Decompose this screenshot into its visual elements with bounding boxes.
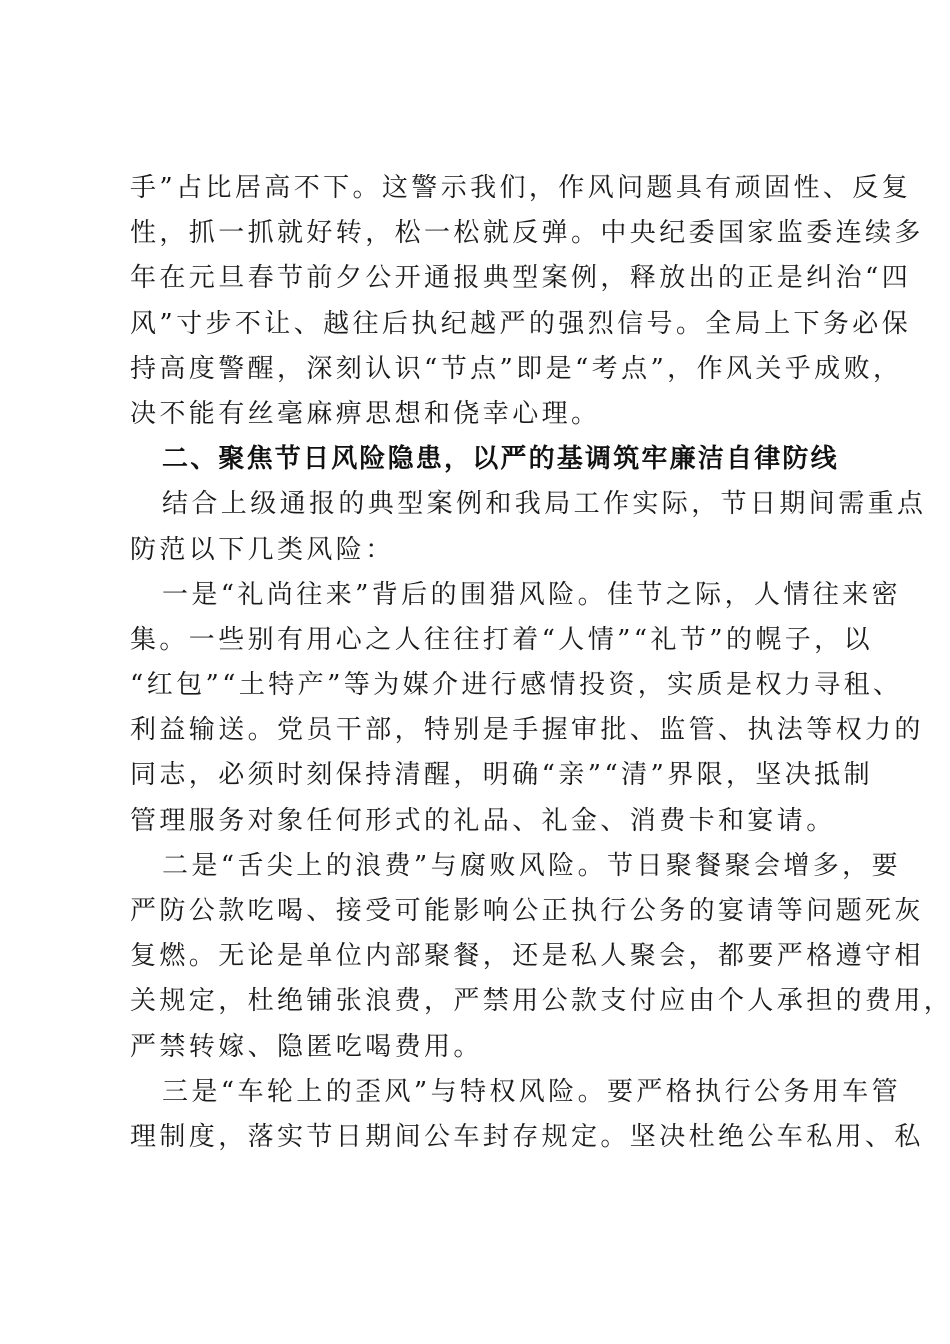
paragraph-line: 三是“车轮上的歪风”与特权风险。要严格执行公务用车管	[130, 1070, 820, 1115]
paragraph-line: 理制度，落实节日期间公车封存规定。坚决杜绝公车私用、私	[130, 1115, 820, 1160]
paragraph-line: 防范以下几类风险：	[130, 528, 820, 573]
paragraph-line: 决不能有丝毫麻痹思想和侥幸心理。	[130, 392, 820, 437]
paragraph-line: 严禁转嫁、隐匿吃喝费用。	[130, 1025, 820, 1070]
paragraph-line: 严防公款吃喝、接受可能影响公正执行公务的宴请等问题死灰	[130, 889, 820, 934]
paragraph-line: 结合上级通报的典型案例和我局工作实际，节日期间需重点	[130, 482, 820, 527]
section-heading: 二、聚焦节日风险隐患，以严的基调筑牢廉洁自律防线	[130, 437, 820, 482]
paragraph-line: 持高度警醒，深刻认识“节点”即是“考点”，作风关乎成败，	[130, 347, 820, 392]
paragraph-line: 年在元旦春节前夕公开通报典型案例，释放出的正是纠治“四	[130, 256, 820, 301]
paragraph-line: 管理服务对象任何形式的礼品、礼金、消费卡和宴请。	[130, 799, 820, 844]
paragraph-line: “红包”“土特产”等为媒介进行感情投资，实质是权力寻租、	[130, 663, 820, 708]
paragraph-line: 风”寸步不让、越往后执纪越严的强烈信号。全局上下务必保	[130, 302, 820, 347]
paragraph-line: 手”占比居高不下。这警示我们，作风问题具有顽固性、反复	[130, 166, 820, 211]
paragraph-line: 关规定，杜绝铺张浪费，严禁用公款支付应由个人承担的费用，	[130, 979, 820, 1024]
paragraph-line: 一是“礼尚往来”背后的围猎风险。佳节之际，人情往来密	[130, 573, 820, 618]
paragraph-line: 性，抓一抓就好转，松一松就反弹。中央纪委国家监委连续多	[130, 211, 820, 256]
paragraph-line: 复燃。无论是单位内部聚餐，还是私人聚会，都要严格遵守相	[130, 934, 820, 979]
paragraph-line: 利益输送。党员干部，特别是手握审批、监管、执法等权力的	[130, 708, 820, 753]
document-page: 手”占比居高不下。这警示我们，作风问题具有顽固性、反复 性，抓一抓就好转，松一松…	[130, 166, 820, 1160]
paragraph-line: 同志，必须时刻保持清醒，明确“亲”“清”界限，坚决抵制	[130, 753, 820, 798]
paragraph-line: 集。一些别有用心之人往往打着“人情”“礼节”的幌子，以	[130, 618, 820, 663]
paragraph-line: 二是“舌尖上的浪费”与腐败风险。节日聚餐聚会增多，要	[130, 844, 820, 889]
